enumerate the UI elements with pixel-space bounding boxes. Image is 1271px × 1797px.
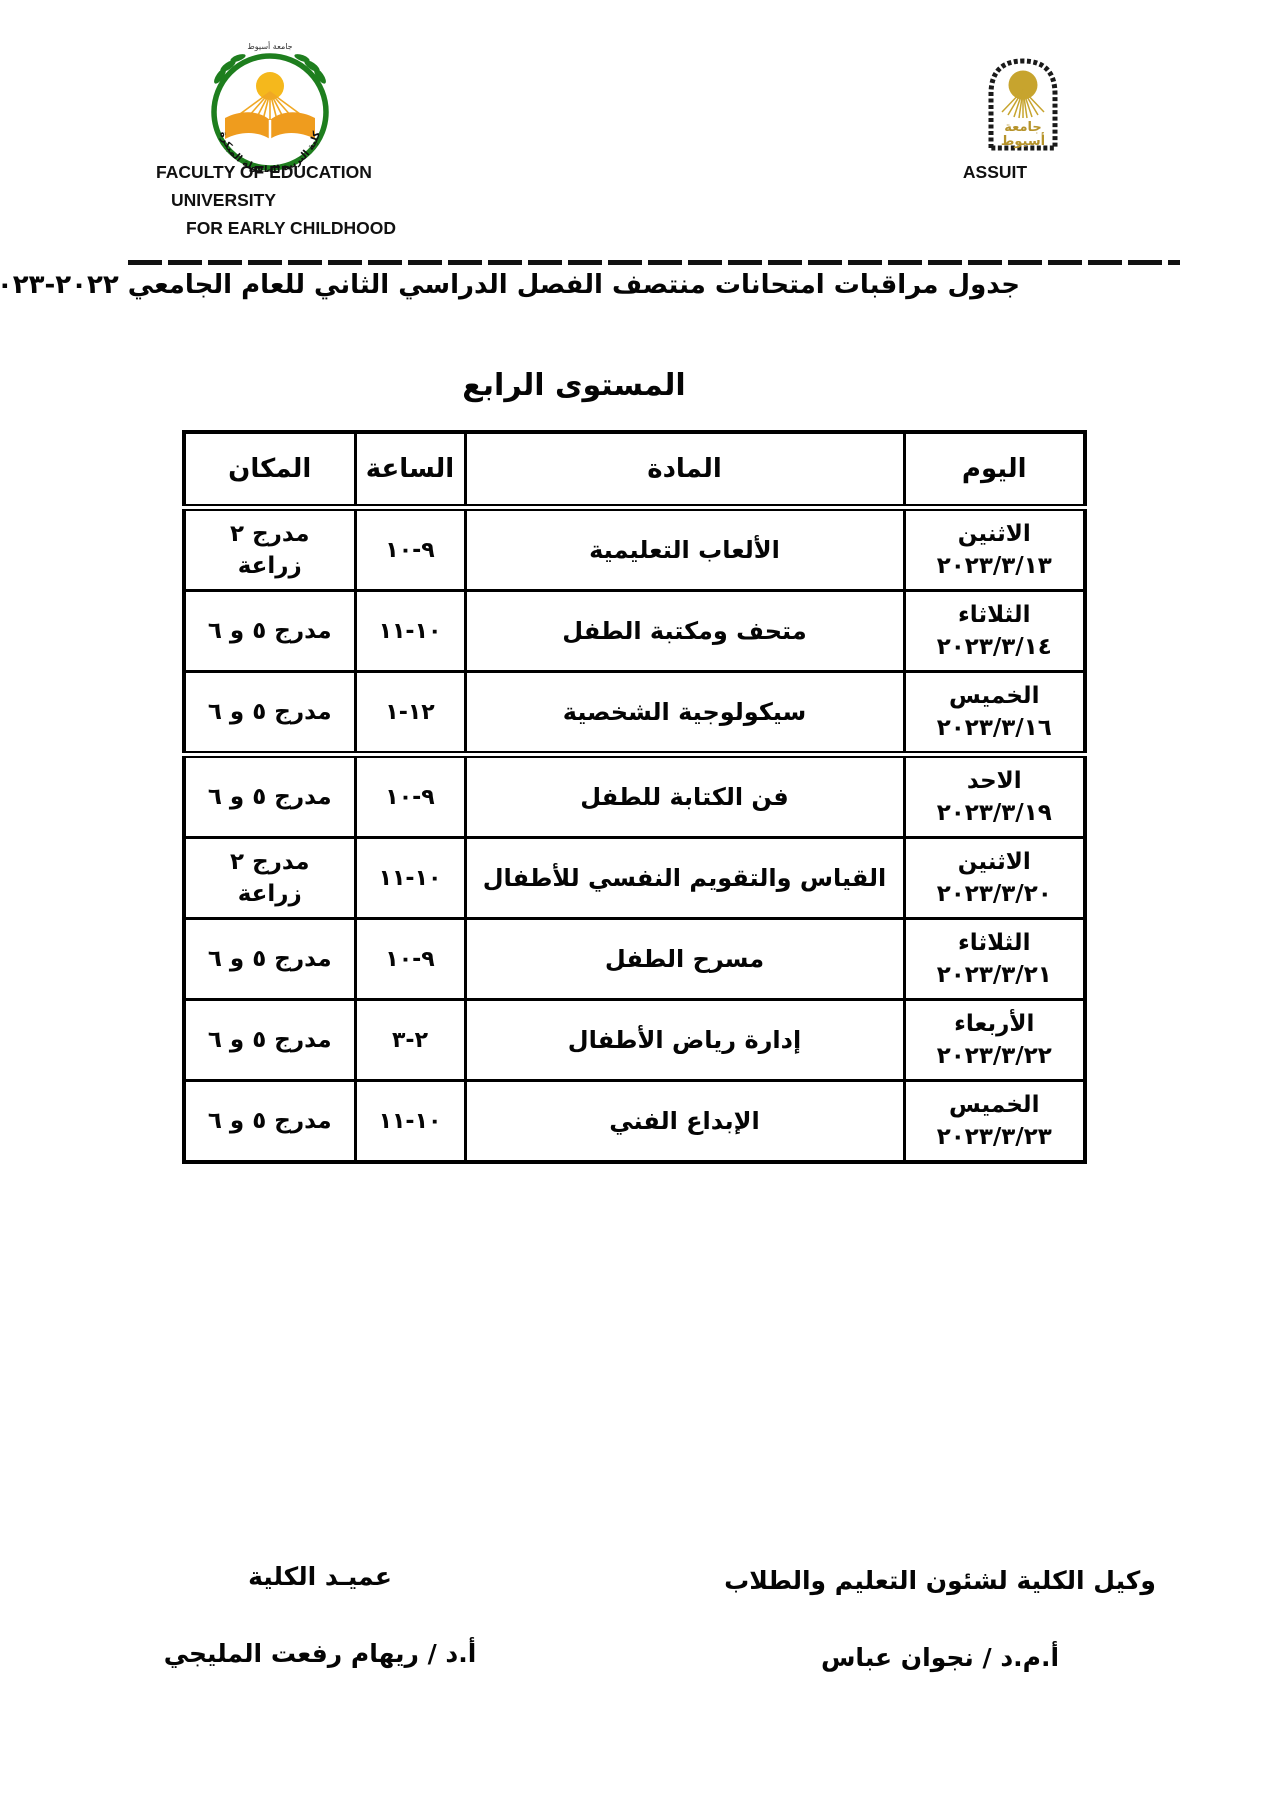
day-date: ٢٠٢٣/٣/١٦ — [910, 712, 1080, 744]
time-cell: ١٠-١١ — [355, 838, 465, 919]
faculty-name-block: FACULTY OF EDUCATION UNIVERSITY FOR EARL… — [156, 158, 576, 242]
day-cell: الاحد ٢٠٢٣/٣/١٩ — [904, 755, 1085, 838]
place-cell: مدرج ٥ و ٦ — [184, 672, 355, 755]
assuit-label: ASSUIT — [880, 162, 1110, 183]
subject-cell: مسرح الطفل — [465, 919, 904, 1000]
faculty-logo-top-text: جامعة أسيوط — [247, 41, 292, 51]
day-name: الاحد — [910, 765, 1080, 797]
time-cell: ٩-١٠ — [355, 919, 465, 1000]
vice-dean-signature-block: وكيل الكلية لشئون التعليم والطلاب أ.م.د … — [680, 1566, 1200, 1672]
table-row: الخميس ٢٠٢٣/٣/١٦ سيكولوجية الشخصية ١٢-١ … — [184, 672, 1085, 755]
column-header-time: الساعة — [355, 432, 465, 508]
faculty-name-line: FACULTY OF EDUCATION — [156, 158, 576, 186]
day-name: الخميس — [910, 680, 1080, 712]
day-name: الخميس — [910, 1089, 1080, 1121]
day-name: الاثنين — [910, 846, 1080, 878]
place-cell: مدرج ٢زراعة — [184, 838, 355, 919]
vice-dean-name: أ.م.د / نجوان عباس — [680, 1643, 1200, 1672]
time-cell: ١٠-١١ — [355, 591, 465, 672]
document-page: جامعة أسيوط — [0, 0, 1271, 1797]
day-cell: الثلاثاء ٢٠٢٣/٣/١٤ — [904, 591, 1085, 672]
table-row: الاحد ٢٠٢٣/٣/١٩ فن الكتابة للطفل ٩-١٠ مد… — [184, 755, 1085, 838]
table-row: الثلاثاء ٢٠٢٣/٣/١٤ متحف ومكتبة الطفل ١٠-… — [184, 591, 1085, 672]
subject-cell: سيكولوجية الشخصية — [465, 672, 904, 755]
vice-dean-title: وكيل الكلية لشئون التعليم والطلاب — [680, 1566, 1200, 1595]
day-date: ٢٠٢٣/٣/١٣ — [910, 550, 1080, 582]
time-cell: ١٢-١ — [355, 672, 465, 755]
column-header-day: اليوم — [904, 432, 1085, 508]
dean-signature-block: عميـد الكلية أ.د / ريهام رفعت المليجي — [110, 1562, 530, 1668]
exam-schedule-table: اليوم المادة الساعة المكان الاثنين ٢٠٢٣/… — [182, 430, 1087, 1164]
place-cell: مدرج ٢زراعة — [184, 508, 355, 591]
table-row: الأربعاء ٢٠٢٣/٣/٢٢ إدارة رياض الأطفال ٢-… — [184, 1000, 1085, 1081]
day-cell: الاثنين ٢٠٢٣/٣/١٣ — [904, 508, 1085, 591]
day-date: ٢٠٢٣/٣/٢٠ — [910, 878, 1080, 910]
day-date: ٢٠٢٣/٣/١٩ — [910, 797, 1080, 829]
separator-line — [128, 260, 1180, 265]
day-date: ٢٠٢٣/٣/٢١ — [910, 959, 1080, 991]
table-row: الخميس ٢٠٢٣/٣/٢٣ الإبداع الفني ١٠-١١ مدر… — [184, 1081, 1085, 1163]
place-cell: مدرج ٥ و ٦ — [184, 591, 355, 672]
day-cell: الأربعاء ٢٠٢٣/٣/٢٢ — [904, 1000, 1085, 1081]
day-name: الثلاثاء — [910, 927, 1080, 959]
assuit-logo-text-line1: جامعة — [1004, 120, 1042, 135]
day-date: ٢٠٢٣/٣/١٤ — [910, 631, 1080, 663]
day-cell: الثلاثاء ٢٠٢٣/٣/٢١ — [904, 919, 1085, 1000]
day-date: ٢٠٢٣/٣/٢٣ — [910, 1121, 1080, 1153]
level-subtitle: المستوى الرابع — [128, 368, 1020, 403]
day-cell: الاثنين ٢٠٢٣/٣/٢٠ — [904, 838, 1085, 919]
day-name: الاثنين — [910, 518, 1080, 550]
day-cell: الخميس ٢٠٢٣/٣/١٦ — [904, 672, 1085, 755]
time-cell: ١٠-١١ — [355, 1081, 465, 1163]
faculty-of-education-logo: جامعة أسيوط — [198, 40, 342, 172]
time-cell: ٩-١٠ — [355, 755, 465, 838]
faculty-logo-icon: جامعة أسيوط — [198, 40, 342, 172]
faculty-name-line: FOR EARLY CHILDHOOD — [156, 214, 576, 242]
faculty-name-line: UNIVERSITY — [156, 186, 576, 214]
column-header-subject: المادة — [465, 432, 904, 508]
table-header-row: اليوم المادة الساعة المكان — [184, 432, 1085, 508]
place-cell: مدرج ٥ و ٦ — [184, 1000, 355, 1081]
place-cell: مدرج ٥ و ٦ — [184, 1081, 355, 1163]
document-title: جدول مراقبات امتحانات منتصف الفصل الدراس… — [128, 270, 1020, 300]
day-date: ٢٠٢٣/٣/٢٢ — [910, 1040, 1080, 1072]
subject-cell: فن الكتابة للطفل — [465, 755, 904, 838]
dean-name: أ.د / ريهام رفعت المليجي — [110, 1639, 530, 1668]
subject-cell: القياس والتقويم النفسي للأطفال — [465, 838, 904, 919]
subject-cell: إدارة رياض الأطفال — [465, 1000, 904, 1081]
place-cell: مدرج ٥ و ٦ — [184, 755, 355, 838]
subject-cell: الإبداع الفني — [465, 1081, 904, 1163]
assuit-logo-text-line2: أسيوط — [1001, 132, 1045, 149]
dean-title: عميـد الكلية — [110, 1562, 530, 1591]
subject-cell: الألعاب التعليمية — [465, 508, 904, 591]
table-row: الثلاثاء ٢٠٢٣/٣/٢١ مسرح الطفل ٩-١٠ مدرج … — [184, 919, 1085, 1000]
day-name: الأربعاء — [910, 1008, 1080, 1040]
day-cell: الخميس ٢٠٢٣/٣/٢٣ — [904, 1081, 1085, 1163]
assuit-university-logo: جامعة أسيوط — [986, 56, 1060, 152]
time-cell: ٩-١٠ — [355, 508, 465, 591]
column-header-place: المكان — [184, 432, 355, 508]
day-name: الثلاثاء — [910, 599, 1080, 631]
table-row: الاثنين ٢٠٢٣/٣/١٣ الألعاب التعليمية ٩-١٠… — [184, 508, 1085, 591]
table-row: الاثنين ٢٠٢٣/٣/٢٠ القياس والتقويم النفسي… — [184, 838, 1085, 919]
assuit-logo-icon: جامعة أسيوط — [986, 56, 1060, 152]
place-cell: مدرج ٥ و ٦ — [184, 919, 355, 1000]
subject-cell: متحف ومكتبة الطفل — [465, 591, 904, 672]
time-cell: ٢-٣ — [355, 1000, 465, 1081]
